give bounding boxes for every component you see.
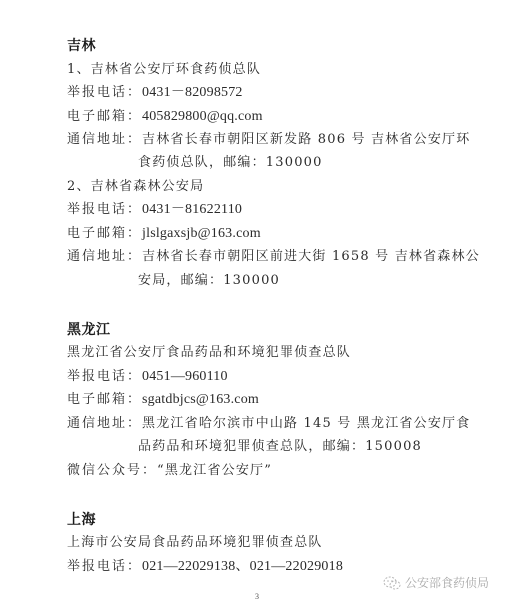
phone-label: 举报电话：	[67, 559, 142, 574]
unit-name: 1、吉林省公安厅环食药侦总队	[67, 62, 261, 78]
phone-row: 举报电话：0451—960110	[67, 369, 228, 385]
phone-row: 举报电话：0431－82098572	[67, 85, 243, 101]
section-heading-jilin: 吉林	[67, 38, 96, 54]
address-label: 通信地址：	[67, 132, 142, 147]
email-value: sgatdbjcs@163.com	[142, 392, 259, 407]
address-row: 通信地址：吉林省长春市朝阳区新发路 806 号 吉林省公安厅环	[67, 132, 470, 148]
unit-name: 上海市公安局食品药品环境犯罪侦查总队	[67, 535, 323, 551]
wechat-label: 微信公众号：	[67, 463, 157, 478]
wechat-watermark: 公安部食药侦局	[383, 574, 489, 591]
email-value: 405829800@qq.com	[142, 109, 263, 124]
email-row: 电子邮箱：jlslgaxsjb@163.com	[67, 226, 261, 242]
phone-value: 0431－81622110	[142, 202, 242, 217]
phone-value: 0451—960110	[142, 369, 228, 384]
phone-row: 举报电话：021—22029138、021—22029018	[67, 559, 343, 575]
page-number: 3	[255, 592, 259, 601]
address-label: 通信地址：	[67, 416, 142, 431]
email-label: 电子邮箱：	[67, 226, 142, 241]
phone-value: 0431－82098572	[142, 85, 243, 100]
phone-value: 021—22029138、021—22029018	[142, 559, 343, 574]
email-row: 电子邮箱：405829800@qq.com	[67, 109, 263, 125]
address-line-1: 吉林省长春市朝阳区前进大街 1658 号 吉林省森林公	[142, 249, 480, 264]
document-page: 吉林 1、吉林省公安厅环食药侦总队 举报电话：0431－82098572 电子邮…	[0, 0, 517, 607]
unit-name: 黑龙江省公安厅食品药品和环境犯罪侦查总队	[67, 345, 351, 361]
address-line-1: 黑龙江省哈尔滨市中山路 145 号 黑龙江省公安厅食	[142, 416, 470, 431]
section-heading-shanghai: 上海	[67, 512, 96, 528]
address-line-2: 安局，邮编：130000	[138, 273, 280, 289]
email-label: 电子邮箱：	[67, 109, 142, 124]
address-line-1: 吉林省长春市朝阳区新发路 806 号 吉林省公安厅环	[142, 132, 470, 147]
email-value: jlslgaxsjb@163.com	[142, 226, 261, 241]
address-row: 通信地址：吉林省长春市朝阳区前进大街 1658 号 吉林省森林公	[67, 249, 480, 265]
wechat-row: 微信公众号：“黑龙江省公安厅”	[67, 463, 272, 479]
wechat-value: “黑龙江省公安厅”	[157, 463, 272, 478]
unit-name: 2、吉林省森林公安局	[67, 179, 204, 195]
address-line-2: 品药品和环境犯罪侦查总队，邮编：150008	[138, 439, 422, 455]
address-line-2: 食药侦总队，邮编：130000	[138, 155, 323, 171]
phone-label: 举报电话：	[67, 202, 142, 217]
section-heading-heilongjiang: 黑龙江	[67, 322, 111, 338]
email-row: 电子邮箱：sgatdbjcs@163.com	[67, 392, 259, 408]
wechat-icon	[383, 576, 401, 590]
phone-label: 举报电话：	[67, 369, 142, 384]
phone-row: 举报电话：0431－81622110	[67, 202, 242, 218]
address-label: 通信地址：	[67, 249, 142, 264]
address-row: 通信地址：黑龙江省哈尔滨市中山路 145 号 黑龙江省公安厅食	[67, 416, 470, 432]
watermark-text: 公安部食药侦局	[405, 574, 489, 591]
email-label: 电子邮箱：	[67, 392, 142, 407]
phone-label: 举报电话：	[67, 85, 142, 100]
